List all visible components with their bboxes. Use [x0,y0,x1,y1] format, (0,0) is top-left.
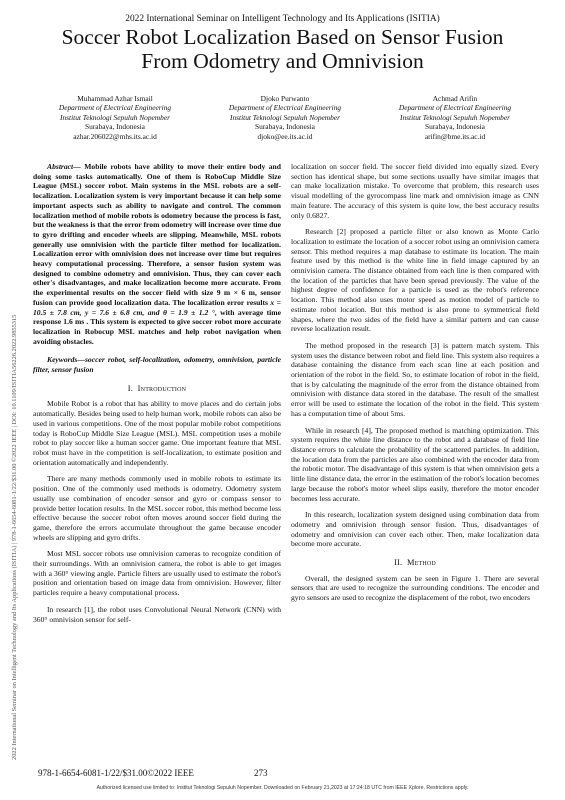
body-paragraph: The method proposed in the research [3] … [291,341,539,419]
section-heading-introduction: I. Introduction [33,384,281,394]
section-title: Method [407,558,436,567]
section-number: II. [394,558,402,567]
author-dept: Department of Electrical Engineering [375,103,535,112]
left-column: Abstract— Mobile robots have ability to … [33,162,281,631]
right-column: localization on soccer field. The soccer… [291,162,539,610]
abstract-label: Abstract [47,162,73,171]
title-line-1: Soccer Robot Localization Based on Senso… [0,25,565,49]
conference-name: 2022 International Seminar on Intelligen… [0,14,565,24]
body-paragraph: While in research [4], The proposed meth… [291,426,539,504]
author-email[interactable]: arifin@bme.its.ac.id [375,132,535,141]
author-city: Surabaya, Indonesia [35,122,195,131]
body-paragraph: Mobile Robot is a robot that has ability… [33,399,281,467]
author-city: Surabaya, Indonesia [205,122,365,131]
body-paragraph: Most MSL soccer robots use omnivision ca… [33,549,281,598]
license-notice: Authorized licensed use limited to: Inst… [0,785,565,791]
author-city: Surabaya, Indonesia [375,122,535,131]
section-title: Introduction [138,384,187,393]
author-institution: Institut Teknologi Sepuluh Nopember [205,113,365,122]
author-1: Muhammad Azhar Ismail Department of Elec… [35,94,195,141]
title-line-2: From Odometry and Omnivision [0,49,565,73]
author-email[interactable]: djoko@ee.its.ac.id [205,132,365,141]
author-3: Achmad Arifin Department of Electrical E… [375,94,535,141]
abstract: Abstract— Mobile robots have ability to … [33,162,281,346]
paper-title: Soccer Robot Localization Based on Senso… [0,25,565,73]
body-paragraph: There are many methods commonly used in … [33,474,281,542]
keywords: Keywords—soccer robot, self-localization… [33,355,281,374]
section-number: I. [128,384,133,393]
author-email[interactable]: azhar.206022@mhs.its.ac.id [35,132,195,141]
author-block: Muhammad Azhar Ismail Department of Elec… [35,94,535,141]
body-paragraph: localization on soccer field. The soccer… [291,162,539,220]
body-paragraph: In research [1], the robot uses Convolut… [33,605,281,624]
author-dept: Department of Electrical Engineering [35,103,195,112]
body-paragraph: Overall, the designed system can be seen… [291,574,539,603]
author-2: Djoko Purwanto Department of Electrical … [205,94,365,141]
body-paragraph: In this research, localization system de… [291,510,539,549]
footer-isbn: 978-1-6654-6081-1/22/$31.00©2022 IEEE [38,768,194,778]
author-institution: Institut Teknologi Sepuluh Nopember [375,113,535,122]
author-dept: Department of Electrical Engineering [205,103,365,112]
section-heading-method: II. Method [291,558,539,568]
body-paragraph: Research [2] proposed a particle filter … [291,227,539,334]
margin-doi-strip: 2022 International Seminar on Intelligen… [11,120,18,760]
page-number: 273 [254,768,268,778]
author-name: Muhammad Azhar Ismail [35,94,195,103]
author-name: Achmad Arifin [375,94,535,103]
abstract-text: — Mobile robots have ability to move the… [33,162,281,307]
author-name: Djoko Purwanto [205,94,365,103]
author-institution: Institut Teknologi Sepuluh Nopember [35,113,195,122]
